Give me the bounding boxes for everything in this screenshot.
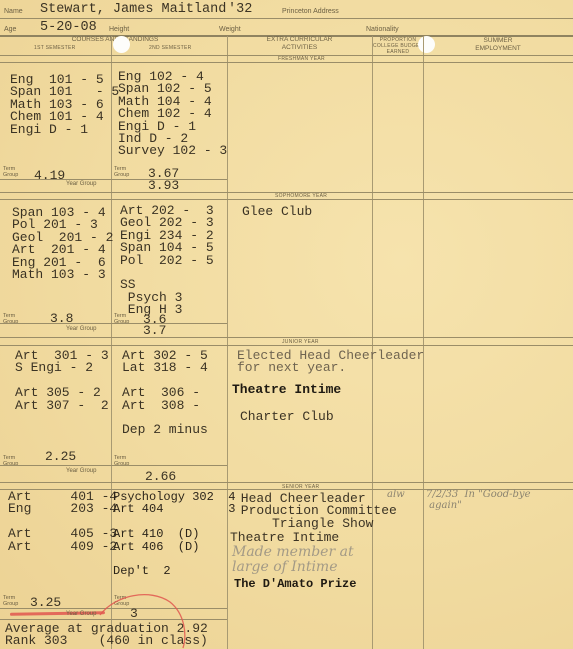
year-group-label: Year Group — [66, 468, 96, 474]
term-group-label: TermGroup — [3, 595, 18, 607]
nationality-label: Nationality — [366, 26, 399, 33]
freshman-sem1-courses: Eng 101 - 5 Span 101 - 5 Math 103 - 6 Ch… — [10, 74, 119, 136]
handwritten-summer-note: 7/2/33 In "Good-bye again" — [426, 489, 531, 511]
year-group-label: Year Group — [66, 326, 96, 332]
year-group-label: Year Group — [66, 611, 96, 617]
handwritten-initials: alw — [387, 489, 405, 500]
summer-header-1: SUMMER — [423, 37, 573, 44]
name-value: Stewart, James Maitland — [40, 4, 226, 16]
red-pencil-circle — [95, 590, 195, 649]
sem1-header: 1ST SEMESTER — [34, 45, 76, 51]
rule — [0, 482, 573, 483]
sem2-header: 2ND SEMESTER — [149, 45, 192, 51]
junior-term1-gpa: 2.25 — [45, 451, 76, 463]
senior-activities: Head Cheerleader Production Committee Tr… — [233, 493, 397, 530]
junior-activity-theatre: Theatre Intime — [232, 384, 341, 396]
senior-sem1-courses: Art 401 -4 Eng 203 -4 Art 405 -3 Art 409… — [8, 491, 117, 553]
rule — [0, 179, 227, 180]
sophomore-year-gpa: 3.7 — [143, 325, 166, 337]
senior-activity-theatre: Theatre Intime — [230, 532, 339, 544]
freshman-term1-gpa: 4.19 — [34, 170, 65, 182]
sophomore-activity: Glee Club — [242, 206, 312, 218]
rule — [0, 345, 573, 346]
term-group-label: TermGroup — [3, 166, 18, 178]
name-label: Name — [4, 8, 23, 15]
address-label: Princeton Address — [282, 8, 339, 15]
rule — [0, 337, 573, 338]
junior-sem1-courses: Art 301 - 3 S Engi - 2 Art 305 - 2 Art 3… — [15, 350, 109, 412]
rule — [0, 323, 227, 324]
rule — [0, 199, 573, 200]
year-group-label: Year Group — [66, 181, 96, 187]
senior-sem2-courses: Psychology 302 4 Art 404 3 Art 410 (D) A… — [113, 491, 235, 578]
extra-header-1: EXTRA CURRICULAR — [227, 36, 372, 43]
rule — [0, 62, 573, 63]
sophomore-sem2-courses: Art 202 - 3 Geol 202 - 3 Engi 234 - 2 Sp… — [120, 205, 214, 317]
class-year: '32 — [228, 4, 252, 16]
handwritten-note-intime: Made member at large of Intime — [232, 545, 354, 575]
senior-activity-prize: The D'Amato Prize — [234, 578, 356, 590]
extra-header-2: ACTIVITIES — [227, 44, 372, 51]
junior-activity-cheerleader: Elected Head Cheerleader for next year. — [237, 350, 424, 375]
junior-activity-club: Charter Club — [240, 411, 334, 423]
summer-header-2: EMPLOYMENT — [423, 45, 573, 52]
freshman-year-gpa: 3.93 — [148, 180, 179, 192]
punch-hole — [418, 36, 435, 53]
sophomore-sem1-courses: Span 103 - 4 Pol 201 - 3 Geol 201 - 2 Ar… — [12, 207, 113, 281]
rule — [0, 18, 573, 19]
column-divider — [372, 36, 373, 649]
column-divider — [423, 36, 424, 649]
height-label: Height — [109, 26, 129, 33]
punch-hole — [113, 36, 130, 53]
age-value: 5-20-08 — [40, 22, 97, 34]
age-label: Age — [4, 26, 16, 33]
junior-sem2-courses: Art 302 - 5 Lat 318 - 4 Art 306 - Art 30… — [122, 350, 208, 437]
term-group-label: TermGroup — [114, 166, 129, 178]
weight-label: Weight — [219, 26, 241, 33]
freshman-sem2-courses: Eng 102 - 4 Span 102 - 5 Math 104 - 4 Ch… — [118, 71, 227, 158]
rule — [0, 465, 227, 466]
student-record-card: Name Stewart, James Maitland '32 Princet… — [0, 0, 573, 649]
